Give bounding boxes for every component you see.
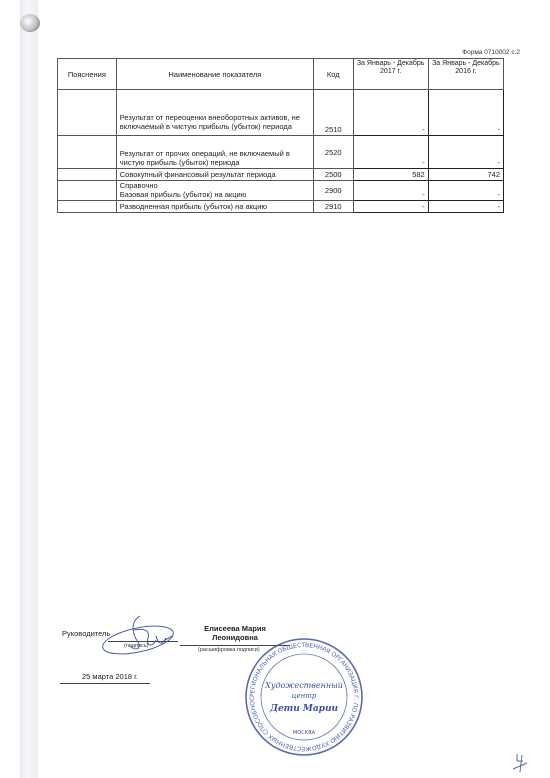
table-header-row: Пояснения Наименование показателя Код За…: [58, 59, 504, 90]
cell-code: 2910: [313, 201, 353, 213]
header-period-previous: За Январь - Декабрь 2016 г.: [428, 59, 503, 90]
binding-strip: [20, 0, 38, 778]
cell-previous: -: [428, 136, 503, 169]
cell-current: -: [353, 90, 428, 136]
table-row: Результат от прочих операций, не включае…: [58, 136, 504, 169]
cell-indicator: Совокупный финансовый результат периода: [116, 169, 313, 181]
cell-indicator: Результат от прочих операций, не включае…: [116, 136, 313, 169]
cell-previous: -: [428, 201, 503, 213]
cell-current: -: [353, 136, 428, 169]
cell-explanation: [58, 169, 117, 181]
cell-previous: -: [428, 90, 503, 136]
organization-stamp-icon: РЕГИОНАЛЬНАЯ ОБЩЕСТВЕННАЯ ОРГАНИЗАЦИЯ Г.…: [243, 636, 365, 758]
cell-code: 2520: [313, 136, 353, 169]
page-number-mark: [510, 752, 530, 774]
table-row: Справочно Базовая прибыль (убыток) на ак…: [58, 181, 504, 201]
header-indicator: Наименование показателя: [116, 59, 313, 90]
cell-previous: -: [428, 181, 503, 201]
cell-code: 2900: [313, 181, 353, 201]
header-period-current: За Январь - Декабрь 2017 г.: [353, 59, 428, 90]
cell-explanation: [58, 90, 117, 136]
header-explanations: Пояснения: [58, 59, 117, 90]
table-row: Разводненная прибыль (убыток) на акцию 2…: [58, 201, 504, 213]
cell-explanation: [58, 181, 117, 201]
stamp-line-1: Художественный: [264, 681, 343, 690]
signature-date: 25 марта 2018 г.: [82, 672, 138, 681]
cell-explanation: [58, 201, 117, 213]
cell-indicator: Результат от переоценки внеоборотных акт…: [116, 90, 313, 136]
binding-clip-icon: [20, 14, 40, 32]
date-line: [60, 683, 150, 684]
cell-code: 2510: [313, 90, 353, 136]
header-code: Код: [313, 59, 353, 90]
cell-explanation: [58, 136, 117, 169]
stamp-city: МОСКВА: [293, 730, 316, 736]
cell-current: -: [353, 181, 428, 201]
cell-code: 2500: [313, 169, 353, 181]
cell-previous: 742: [428, 169, 503, 181]
stamp-line-2: центр: [292, 692, 317, 700]
stamp-line-3: Дети Марии: [269, 704, 339, 714]
cell-indicator: Справочно Базовая прибыль (убыток) на ак…: [116, 181, 313, 201]
cell-current: -: [353, 201, 428, 213]
table-row: Совокупный финансовый результат периода …: [58, 169, 504, 181]
cell-current: 582: [353, 169, 428, 181]
report-table: Пояснения Наименование показателя Код За…: [57, 58, 504, 213]
cell-indicator: Разводненная прибыль (убыток) на акцию: [116, 201, 313, 213]
handwritten-signature-icon: [100, 612, 190, 656]
table-row: Результат от переоценки внеоборотных акт…: [58, 90, 504, 136]
form-code: Форма 0710002 с.2: [462, 49, 520, 56]
